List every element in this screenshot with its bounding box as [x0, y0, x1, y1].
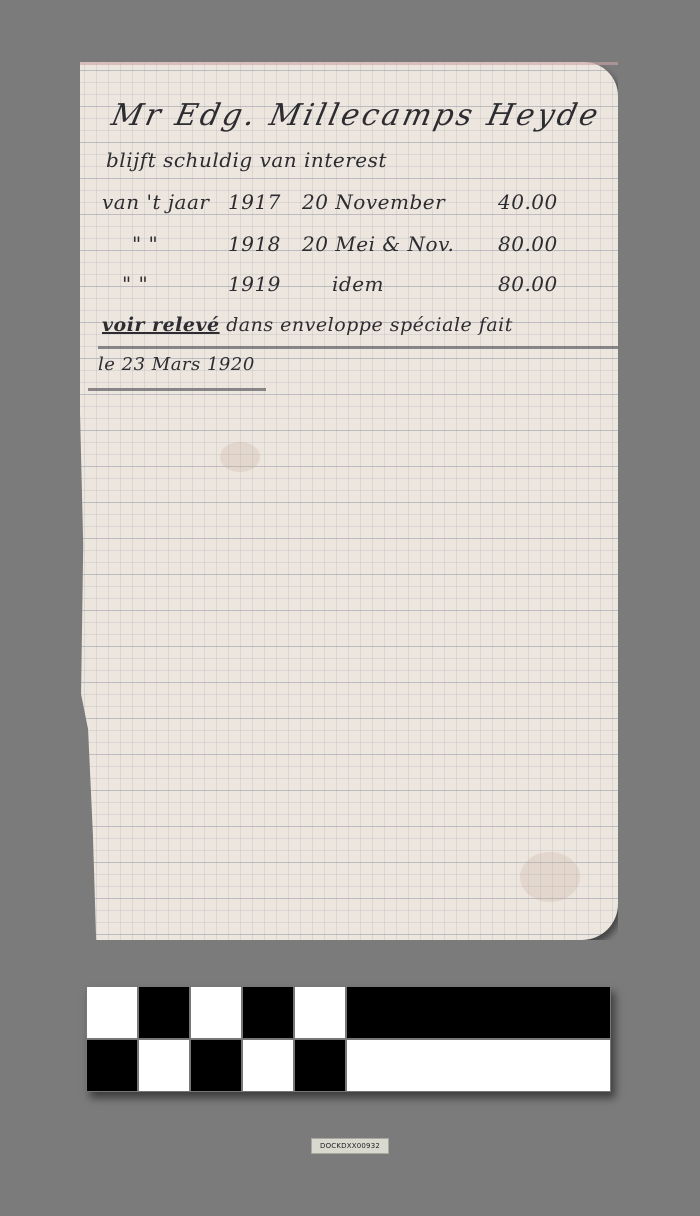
scale-bar-black [346, 986, 611, 1039]
entry-prefix: " " [132, 232, 158, 256]
entry-date: 20 Mei & Nov. [302, 232, 454, 256]
scale-cell-black [294, 1039, 346, 1092]
archive-id-label: DOCKDXX00932 [311, 1138, 389, 1154]
entry-year: 1917 [228, 190, 281, 214]
ledger-entry: " " 1918 20 Mei & Nov. 80.00 [102, 232, 602, 266]
notebook-page: Mr Edg. Millecamps Heyde blijft schuldig… [80, 62, 618, 940]
page-top-edge [80, 62, 618, 65]
paper-stain [520, 852, 580, 902]
ledger-entry: " " 1919 idem 80.00 [102, 272, 602, 306]
entry-amount: 80.00 [498, 232, 558, 256]
note-line: voir relevé dans enveloppe spéciale fait [102, 314, 513, 336]
double-rule [98, 346, 618, 349]
entry-prefix: " " [122, 272, 148, 296]
paper-stain [220, 442, 260, 472]
ledger-entry: van 't jaar 1917 20 November 40.00 [102, 190, 602, 224]
scale-cell-white [294, 986, 346, 1039]
scale-cell-black [138, 986, 190, 1039]
note-text: dans enveloppe spéciale fait [226, 314, 513, 336]
entry-year: 1918 [228, 232, 281, 256]
scale-cell-white [86, 986, 138, 1039]
scale-cell-white [190, 986, 242, 1039]
subtitle-line: blijft schuldig van interest [106, 148, 387, 172]
entry-date: 20 November [302, 190, 445, 214]
entry-amount: 40.00 [498, 190, 558, 214]
scale-bar-white [346, 1039, 611, 1092]
scale-cell-white [138, 1039, 190, 1092]
entry-date: idem [332, 272, 384, 296]
scale-cell-white [242, 1039, 294, 1092]
color-calibration-scale [86, 986, 611, 1092]
date-underline [88, 388, 266, 391]
scale-cell-black [86, 1039, 138, 1092]
note-date: le 23 Mars 1920 [98, 354, 255, 375]
entry-year: 1919 [228, 272, 281, 296]
scale-cell-black [242, 986, 294, 1039]
addressee-line: Mr Edg. Millecamps Heyde [108, 98, 604, 133]
entry-amount: 80.00 [498, 272, 558, 296]
scale-cell-black [190, 1039, 242, 1092]
entry-prefix: van 't jaar [102, 190, 209, 214]
note-underlined: voir relevé [102, 314, 220, 336]
